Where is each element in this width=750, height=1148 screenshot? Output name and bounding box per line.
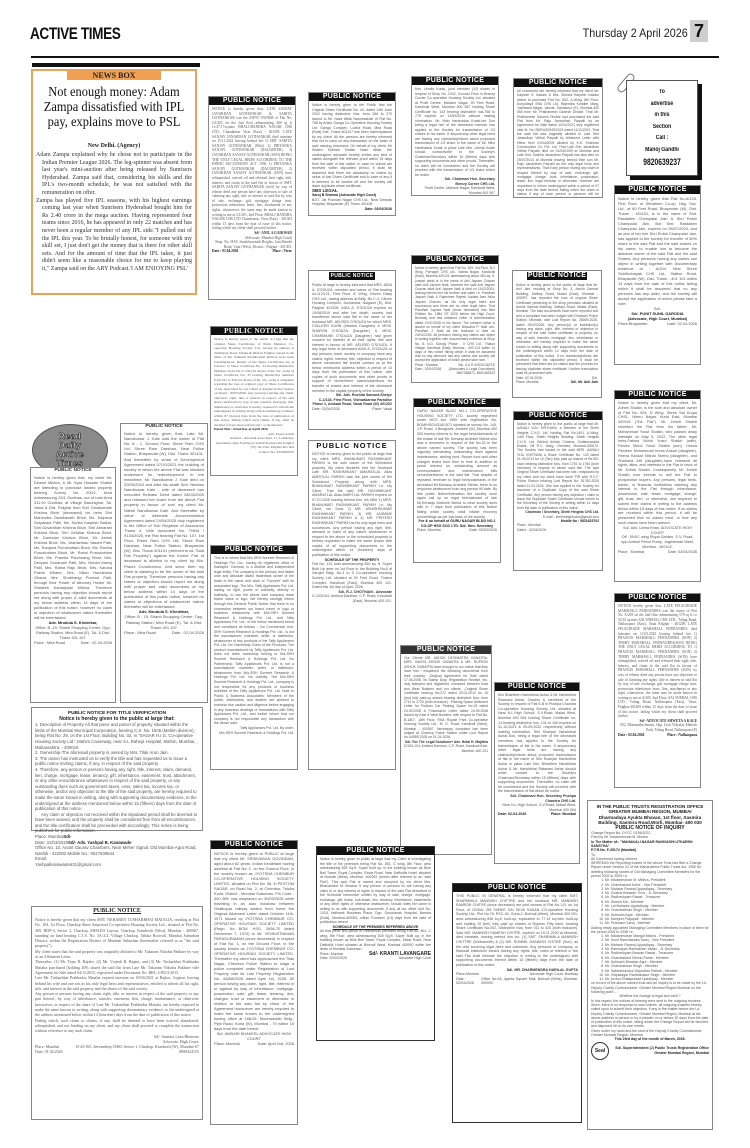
notice-place: Place:Bhayander <box>618 321 648 326</box>
public-notice-kale: PUBLIC NOTICE Notice is hereby given tha… <box>120 423 208 703</box>
notice-body: NOTICE is hereby given to PUBLIC at larg… <box>214 851 294 1031</box>
public-notice-parikh: PUBLIC NOTICE NOTICE is hereby given to … <box>308 440 396 770</box>
notice-paragraph: My client states that the said property … <box>35 949 199 960</box>
notice-body: NOTICE is hereby given to the public at … <box>312 452 392 558</box>
notice-body: THIS PUBLIC IN GENERAL is hereby informe… <box>456 894 578 968</box>
notice-place: Place: Vasai <box>372 407 392 412</box>
notice-signature: Sd/- AMSARI SHAKEEL ADVOCATE HIGH COURT <box>214 1031 294 1041</box>
notice-body: Mrs Bhartiben Harishbhai Ashar & Mr Hari… <box>498 693 576 794</box>
notice-address: Off : 504/C wing Royal Garden, S.V. Road… <box>618 535 697 549</box>
notice-signature: Sd/- Adv. Yashpal B. Kanawade <box>68 840 131 845</box>
notice-place: Place: Mumbai <box>516 380 538 384</box>
public-notice-sheth-heights: PUBLIC NOTICE Notice is hereby given to … <box>513 411 603 571</box>
notice-title: PUBLIC NOTICE <box>615 594 700 602</box>
notice-phone: 9867358871, 8652462523 <box>415 371 495 375</box>
notice-date: Date :02/04/2026 <box>668 550 697 555</box>
notice-body: Notice is hereby given to the public at … <box>516 283 598 376</box>
notice-title: PUBLIC NOTICE <box>412 77 498 85</box>
notice-body: NOTICE hereby given that, LATE FELECIBAD… <box>618 604 697 719</box>
news-headline: Not enough money: Adam Zampa dissatisfie… <box>41 84 186 129</box>
notice-address: B/37, Jal Poonam Nagar CHS Ltd., Near De… <box>312 198 392 207</box>
notice-mobile: Mobile No.: 9527639644 <box>68 851 115 856</box>
seal-icon: Seal <box>591 1042 609 1060</box>
notice-address: C-1/128, First Floor, Vishwakarma Paradi… <box>312 398 392 407</box>
notice-date: Date: 02.04.2026 <box>667 321 697 326</box>
notice-date: Date: 02/04/2026 <box>320 956 347 961</box>
notice-title: PUBLIC NOTICE <box>527 272 587 280</box>
public-notice-chitre: PUBLIC NOTICE THIS PUBLIC IN GENERAL is … <box>452 883 582 1123</box>
notice-title: PUBLIC NOTICE <box>401 646 491 654</box>
notice-body: All concerned are hereby informed that m… <box>517 89 599 198</box>
notice-place: Place : Nallasopara <box>667 733 697 738</box>
notice-date: Date : 02/04/2026 <box>415 367 441 371</box>
notice-date: Date : 02-04-2026 <box>172 630 204 635</box>
masthead: ACTIVE TIMES Thursday 2 April 2026 7 <box>30 24 720 44</box>
page-number: 7 <box>690 20 708 42</box>
header-rule <box>31 56 719 58</box>
notice-address: Address : Arbali & Associates, 17, Lokma… <box>214 436 294 450</box>
ad-contact-name: Manoj Gandhi <box>632 145 692 157</box>
notice-date: Date :02/04/2026 <box>469 528 497 533</box>
notice-item: 4. Therefore, any person or persons havi… <box>35 767 199 812</box>
advertise-card: To advertise in this Section Call : Mano… <box>626 80 698 176</box>
public-notice-gothankar: PUBLIC NOTICE NOTICE is hereby given tha… <box>208 96 296 300</box>
notice-body: Notice is hereby given that Flat No.A/10… <box>618 196 697 306</box>
notice-place: Place: Mumbai <box>35 834 63 839</box>
notice-body: Notice is hereby given that Flat No. 309… <box>415 266 495 363</box>
adding: Adding newly appointed Managing Committe… <box>591 926 709 935</box>
notice-body: Our Clients MR. ASHOK DEONMITRA GANATRA,… <box>404 656 488 740</box>
public-notice-ganatra: PUBLIC NOTICE Our Clients MR. ASHOK DEON… <box>400 645 492 855</box>
notice-title: PUBLIC NOTICE <box>615 391 700 399</box>
notice-signature: Sd/- Chairman/ Hon. Secretary Pushpa Cha… <box>498 794 576 803</box>
notice-item: Any claim or objection not received with… <box>35 812 199 834</box>
issue-date: Thursday 2 April 2026 <box>583 26 688 40</box>
notice-address: Office: B -19, Shanti Shopping Center, O… <box>34 625 112 640</box>
notice-place: Place: Mumbai <box>214 1041 240 1046</box>
notice-place: Place :Mumbai <box>417 528 441 533</box>
notice-place: Place : Virar <box>272 249 292 254</box>
notice-body: Notice is hereby given to public at larg… <box>320 857 431 925</box>
notice-date: Date: 02-04-2026 <box>498 812 526 817</box>
notice-body: Notice is hereby given to the public at … <box>517 422 599 510</box>
notice-signature: Chairman / Secretary, Sheth Heights CHS … <box>517 510 599 514</box>
regard: In this regard, the notices of hearing w… <box>591 999 709 1029</box>
notice-item: 3. The owner has instructed us to verify… <box>35 756 199 767</box>
public-notice-nazir: PUBLIC NOTICE Notice is hereby given to … <box>308 92 396 216</box>
notice-title: PUBLIC NOTICE <box>412 256 498 264</box>
notice-body: This is to inform that M/s.SRH Sunreet R… <box>214 556 294 726</box>
schedule-text: All that piece and parcel of Residential… <box>320 929 431 952</box>
notice-address: 002, Dharmatha Smruti, Opp. Jyoti Vidyal… <box>618 723 697 732</box>
notice-place: Place : Mira Road <box>34 640 65 645</box>
notice-title: PUBLIC NOTICE <box>514 79 602 87</box>
public-notice-title-verification: PUBLIC NOTICE FOR TITLE VERIFICATION Not… <box>31 707 203 831</box>
notice-signature: For & on behalf of GURU NAGAR BLDG NO.1 … <box>417 519 497 528</box>
notice-title: PUBLIC NOTICE <box>495 683 579 691</box>
news-box-label: NEWS BOX <box>67 71 161 80</box>
notice-address: D/103-104, Ambica Darshan, C.P. Road, Ka… <box>404 744 488 753</box>
public-notice-zoheb: PUBLIC NOTICE Notice is hereby given tha… <box>614 390 701 582</box>
notice-title: PUBLIC NOTICE <box>317 847 434 855</box>
notice-place: Place : Mira Road <box>124 630 156 635</box>
newspaper-name: ACTIVE TIMES <box>30 24 120 44</box>
notice-title: PUBLIC NOTICE <box>211 841 297 849</box>
ad-line: advertise <box>632 99 692 111</box>
notice-address: Office: B - 19, Shanti Shopping Center, … <box>124 614 204 629</box>
news-paragraph: Zampa has played five IPL seasons, with … <box>36 198 192 274</box>
public-notice-dsouza: PUBLIC NOTICE Public At large is hereby … <box>308 270 396 430</box>
schedule-text: Flat No. 131 total admeasuring 550 sq. f… <box>312 562 392 590</box>
notice-date: Date : 02-04-2026 <box>81 640 112 645</box>
whereas: WHEREAS the Reporting trustee of the abo… <box>591 861 709 878</box>
public-notice-sunreet: PUBLIC NOTICE This is to inform that M/s… <box>210 545 298 770</box>
notice-place: Place: Mumbai <box>551 812 576 817</box>
news-box-top-bar <box>32 63 200 67</box>
news-dateline: New Delhi. (Agency) <box>35 143 193 149</box>
notice-date: Date: 02/04/2026 <box>312 407 340 412</box>
notice-paragraph: Any person or persons having any claim, … <box>35 991 199 1017</box>
new-members-list: Mr. Madanmohan Mangal Mishra - President… <box>591 934 709 981</box>
notice-date: Date: 02-04-2026 <box>415 195 443 196</box>
notice-item: 1. Description of Property-All that piec… <box>35 722 199 750</box>
notice-email-label: Email: <box>35 856 47 861</box>
notice-body: Notice is hereby given to the public at … <box>214 337 294 427</box>
public-notice-kadam: PUBLIC NOTICE All concerned are hereby i… <box>513 78 603 198</box>
ad-line: Call : <box>632 133 692 145</box>
old-members-list: Mr. Madanmohan M. Mishra- President Mr. … <box>591 878 709 925</box>
public-notice-naik: PUBLIC NOTICE Notice is hereby given tha… <box>411 255 499 383</box>
notice-signature: Sd/- Adv. Uzma Khan, ADVOCATE HIGH COURT <box>618 526 697 536</box>
notice-title: PUBLIC NOTICE <box>211 546 297 554</box>
notice-address: Office No.9A, Ajanta Square Mall, Boriva… <box>481 977 578 986</box>
news-paragraph: Adam Zampa explained why he chose not to… <box>36 152 192 198</box>
notice-body: Public At large is hereby informed that … <box>312 283 392 393</box>
ad-line: To <box>632 87 692 99</box>
notice-body: Mrs. Urmila Kotak, joint member (1/3 sha… <box>415 87 495 177</box>
notice-designation: Advocate High Court <box>399 956 431 961</box>
public-trusts-inquiry-notice: IN THE PUBLIC TRUSTS REGISTRATION OFFICE… <box>587 800 713 1130</box>
notice-place: Place: Mumbai <box>470 195 495 196</box>
ad-line: Section <box>632 122 692 134</box>
ad-phone-number[interactable]: 9820639237 <box>636 156 689 168</box>
notice-address: D-103/104, Ambica Darshan, C.P. Road, Ka… <box>312 594 392 603</box>
notice-heading: IN THE PUBLIC TRUSTS REGISTRATION OFFICE… <box>591 804 709 815</box>
notice-body: Notice is hereby given that, Late Mr. Na… <box>124 431 204 609</box>
notice-address: Shop. No. H-65, Sanskhruvnath Heights, J… <box>212 240 292 249</box>
news-body: Adam Zampa explained why he chose not to… <box>36 152 192 274</box>
notice-paragraph: Notice is hereby given that my client SM… <box>35 917 199 949</box>
notice-date: Dated : 02/04/2026. <box>517 528 599 532</box>
notice-phone: 8898424155 <box>179 1049 199 1054</box>
notice-body: Notice is hereby given that my client, M… <box>618 401 697 526</box>
public-notice-guru-nagar: PUBLIC NOTICE GURU NAGAR BLDG NO.1 CO-OP… <box>413 398 501 563</box>
notice-contact: Contact No. 9322999555 <box>214 450 294 455</box>
notice-body: NOTICE is hereby given that, LATE SANJAY… <box>212 107 292 231</box>
notice-date: Date: 01.04.2026 <box>35 1049 63 1054</box>
notice-title: PUBLIC NOTICE <box>32 907 202 915</box>
news-box: NEWS BOX Not enough money: Adam Zampa di… <box>31 63 199 295</box>
notice-date: Date: 31/03/2026 <box>35 840 68 845</box>
notice-signature: Sd/- Superintendent (J) Public Trusts Re… <box>613 1046 709 1055</box>
public-notice-govindan: PUBLIC NOTICE NOTICE is hereby given to … <box>210 840 298 1125</box>
notice-date: Date : 01.04.2026 <box>212 249 238 254</box>
notice-place: Place : Mumbai <box>618 550 644 555</box>
notice-date: Date: 02/04/2026 <box>456 977 481 986</box>
public-notice-jain-flat: PUBLIC NOTICE Notice is hereby given tha… <box>614 185 701 365</box>
public-notice-matalia: PUBLIC NOTICE Notice is hereby given tha… <box>31 906 203 1120</box>
inquiry: on record of the above named trust and a… <box>591 981 709 994</box>
notice-body: Notice is hereby given to the Public tha… <box>312 103 392 189</box>
public-notice-fernandes: PUBLIC NOTICE NOTICE hereby given that, … <box>614 593 701 788</box>
notice-date: Date: April 2nd, 2026 <box>258 1041 294 1046</box>
notice-paragraph: Failing which, such claim or claims, if … <box>35 1018 199 1034</box>
notice-title: PUBLIC NOTICE <box>309 441 395 450</box>
public-notice-borana: PUBLIC NOTICE Notice is hereby given to … <box>316 846 435 1041</box>
notice-signature: Sd/- Mr. Anil Jain <box>571 380 598 384</box>
notice-date: Date : 02.04.2026 <box>618 733 644 738</box>
public-notice-anil-jain: PUBLIC NOTICE Notice is hereby given to … <box>512 270 602 398</box>
notice-office: Office No. 10, Anant Gaurav Chambers, Ne… <box>35 845 197 856</box>
notice-body: Notice is hereby given that, my client M… <box>34 475 112 620</box>
notice-paragraph: Thereafter, (1) Mr. Tejas R. Rajdev, (2)… <box>35 959 199 975</box>
notice-title: PUBLIC NOTICE <box>329 272 375 280</box>
given: Given under my hand and the seal of the … <box>591 1029 709 1038</box>
notice-address: Profit Centre, Mahavir Nagar, Kandivali … <box>415 186 495 195</box>
notice-title: PUBLIC NOTICE <box>514 412 602 420</box>
notice-address-heading: Dharmadaya Ayukta Bhavan, 1st floor, Sas… <box>591 815 709 826</box>
public-notice-kotak: PUBLIC NOTICE Mrs. Urmila Kotak, joint m… <box>411 76 499 196</box>
notice-title: PUBLIC NOTICE <box>309 93 395 101</box>
notice-title: PUBLIC NOTICE <box>209 97 295 105</box>
notice-paragraph: Late Mr. Tusharbhai Prabhudas Matalia ex… <box>35 975 199 991</box>
notice-date: Date: 02/04/2026 <box>312 207 392 212</box>
notice-title: PUBLIC NOTICE <box>615 186 700 194</box>
notice-address: Near N.L.High School, S.V.Road, Malad We… <box>498 803 576 812</box>
notice-title: PUBLIC NOTICE <box>453 884 581 892</box>
matter: In The Matter of:- "MAHAKALI NAGAR RAHIV… <box>591 840 709 849</box>
notice-title: PUBLIC NOTICE <box>211 327 297 335</box>
notice-body: GURU NAGAR BLDG NO.1 CO-OPERATIVE HOUSIN… <box>417 409 497 519</box>
public-notice-mishra: PUBLIC NOTICE Notice is hereby given tha… <box>30 467 116 703</box>
public-notice-ashar: PUBLIC NOTICE Mrs Bhartiben Harishbhai A… <box>494 682 580 864</box>
notice-email[interactable]: Yashpalkanawade631@gmail.com <box>35 862 101 867</box>
notice-title: PUBLIC NOTICE <box>414 399 500 407</box>
ad-line: in this <box>632 110 692 122</box>
public-notice-punit-mansion: PUBLIC NOTICE Notice is hereby given to … <box>210 326 298 476</box>
notice-footer: M/s.SRH Sunreet Research & Holdings Pvt.… <box>214 731 294 736</box>
